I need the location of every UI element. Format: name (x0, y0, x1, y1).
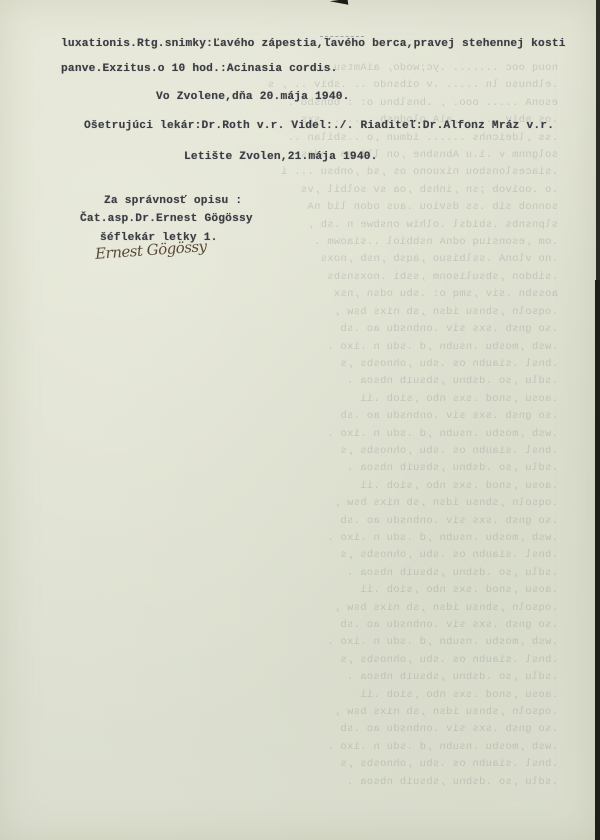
torn-corner (330, 0, 349, 7)
dashed-mark (320, 36, 364, 37)
airfield-date: Letište Zvolen,21.mája 1940. (184, 151, 378, 163)
place-date: Vo Zvolene,dňa 20.mája 1940. (156, 91, 350, 103)
signatories-line: Ošetrujúci lekár:Dr.Roth v.r. Videl:./. … (84, 120, 554, 132)
certifier-name: Čat.asp.Dr.Ernest Gögössy (80, 213, 253, 225)
certification-label: Za správnosť opisu : (104, 195, 242, 207)
diagnosis-line-2: panve.Exzitus.o 10 hod.:Acinasia cordis. (61, 63, 338, 75)
document-page: nouq ooc ....... .yc;wodo, aiAmtsu..... … (0, 0, 596, 840)
diagnosis-line-1: luxationis.Rtg.snimky:Ľavého zápestia,ľa… (61, 38, 566, 50)
reverse-side-bleed-through: nouq ooc ....... .yc;wodo, aiAmtsu..... … (48, 60, 558, 820)
scan-edge-shadow (595, 280, 600, 840)
